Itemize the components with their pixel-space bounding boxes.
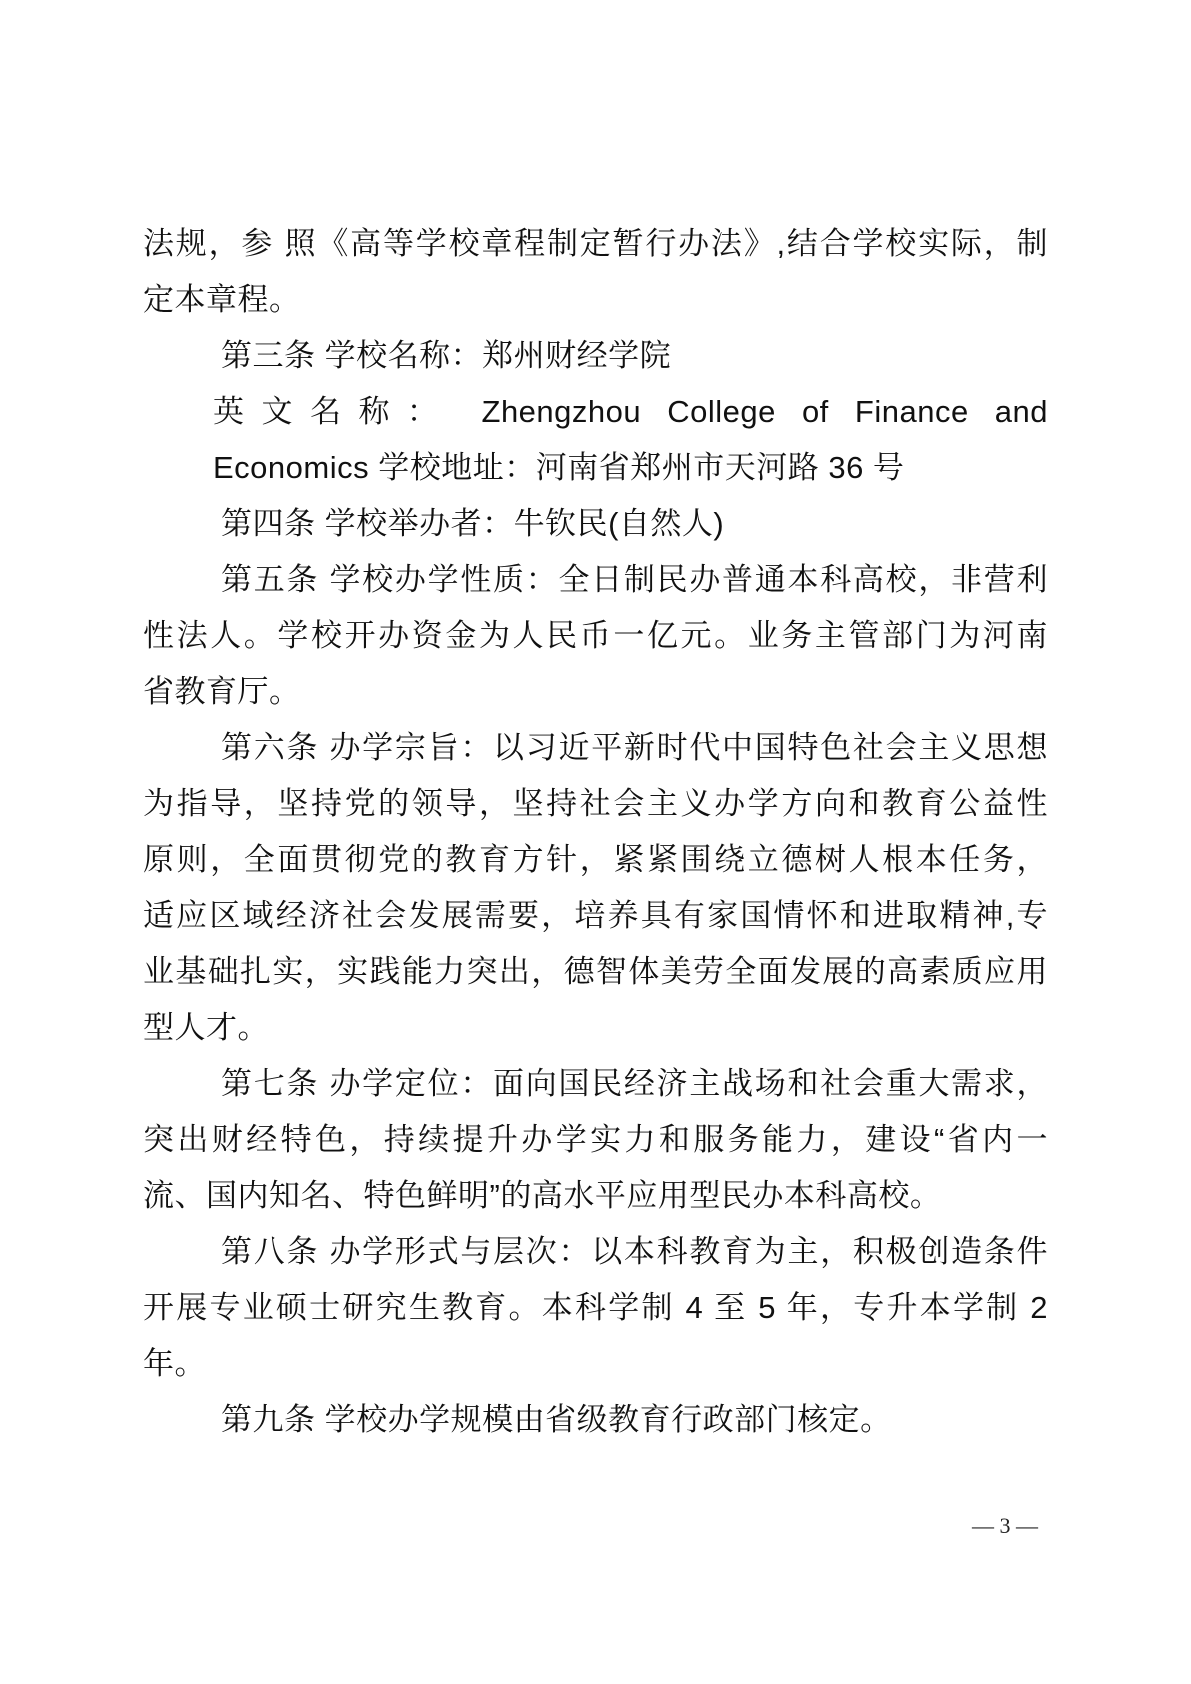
text-line: 性法人。学校开办资金为人民币一亿元。业务主管部门为河南 [143, 608, 1048, 664]
text-line: 突出财经特色，持续提升办学实力和服务能力，建设“省内一 [143, 1112, 1048, 1168]
text-line: 英文名称： Zhengzhou College of Finance and [213, 384, 1048, 440]
page-number: — 3 — [972, 1512, 1052, 1540]
paragraph: 第六条 办学宗旨：以习近平新时代中国特色社会主义思想为指导，坚持党的领导，坚持社… [143, 720, 1048, 1056]
document-body: 法规，参 照《高等学校章程制定暂行办法》,结合学校实际，制定本章程。第三条 学校… [143, 216, 1048, 1448]
text-line: 定本章程。 [143, 272, 1048, 328]
text-line: 法规，参 照《高等学校章程制定暂行办法》,结合学校实际，制 [143, 216, 1048, 272]
paragraph: 第七条 办学定位：面向国民经济主战场和社会重大需求，突出财经特色，持续提升办学实… [143, 1056, 1048, 1224]
text-line: 业基础扎实，实践能力突出，德智体美劳全面发展的高素质应用 [143, 944, 1048, 1000]
paragraph: 第四条 学校举办者：牛钦民(自然人) [143, 496, 1048, 552]
paragraph: 法规，参 照《高等学校章程制定暂行办法》,结合学校实际，制定本章程。 [143, 216, 1048, 328]
document-page: 法规，参 照《高等学校章程制定暂行办法》,结合学校实际，制定本章程。第三条 学校… [0, 0, 1191, 1684]
text-line: 省教育厅。 [143, 664, 1048, 720]
paragraph: 第三条 学校名称：郑州财经学院 [143, 328, 1048, 384]
paragraph: 第八条 办学形式与层次：以本科教育为主，积极创造条件开展专业硕士研究生教育。本科… [143, 1224, 1048, 1392]
text-line: 为指导，坚持党的领导，坚持社会主义办学方向和教育公益性 [143, 776, 1048, 832]
text-line: 第九条 学校办学规模由省级教育行政部门核定。 [143, 1392, 1048, 1448]
paragraph: 英文名称： Zhengzhou College of Finance andEc… [213, 384, 1048, 496]
text-line: 第三条 学校名称：郑州财经学院 [143, 328, 1048, 384]
paragraph: 第五条 学校办学性质：全日制民办普通本科高校，非营利性法人。学校开办资金为人民币… [143, 552, 1048, 720]
text-line: 开展专业硕士研究生教育。本科学制 4 至 5 年，专升本学制 2 [143, 1280, 1048, 1336]
text-line: 第五条 学校办学性质：全日制民办普通本科高校，非营利 [143, 552, 1048, 608]
text-line: 第六条 办学宗旨：以习近平新时代中国特色社会主义思想 [143, 720, 1048, 776]
text-line: 第八条 办学形式与层次：以本科教育为主，积极创造条件 [143, 1224, 1048, 1280]
text-line: 流、国内知名、特色鲜明”的高水平应用型民办本科高校。 [143, 1168, 1048, 1224]
text-line: 年。 [143, 1336, 1048, 1392]
text-line: 适应区域经济社会发展需要，培养具有家国情怀和进取精神,专 [143, 888, 1048, 944]
text-line: Economics 学校地址：河南省郑州市天河路 36 号 [213, 440, 1048, 496]
text-line: 第七条 办学定位：面向国民经济主战场和社会重大需求， [143, 1056, 1048, 1112]
paragraph: 第九条 学校办学规模由省级教育行政部门核定。 [143, 1392, 1048, 1448]
text-line: 第四条 学校举办者：牛钦民(自然人) [143, 496, 1048, 552]
text-line: 型人才。 [143, 1000, 1048, 1056]
text-line: 原则，全面贯彻党的教育方针，紧紧围绕立德树人根本任务， [143, 832, 1048, 888]
